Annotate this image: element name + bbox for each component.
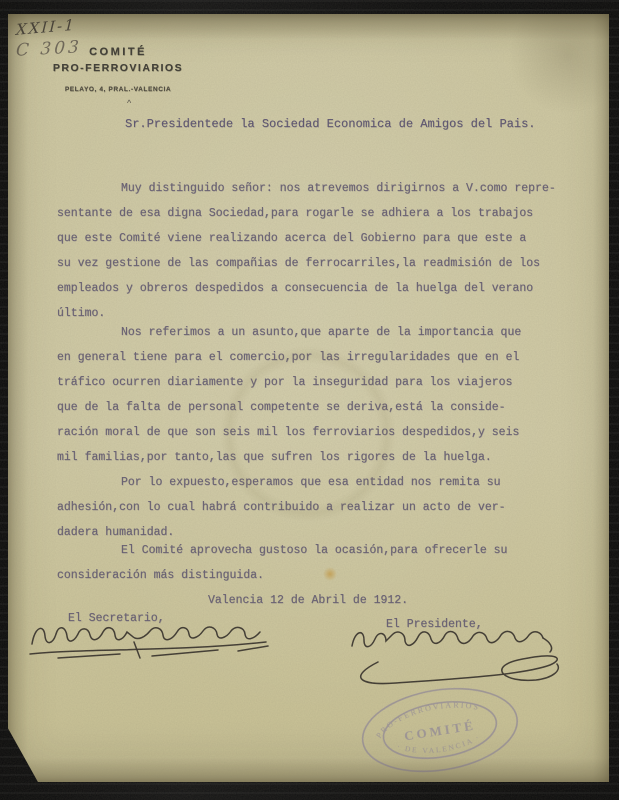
body-paragraph-3: Por lo expuesto,esperamos que esa entida… xyxy=(57,470,573,545)
archival-mark-folder: XXII-1 xyxy=(16,15,83,39)
recipient-line: Sr.Presidentede la Sociedad Economica de… xyxy=(125,112,535,137)
body-paragraph-1: Muy distinguido señor: nos atrevemos dir… xyxy=(57,176,573,326)
letterhead: COMITÉ PRO-FERROVIARIOS PELAYO, 4, PRAL.… xyxy=(38,46,198,93)
body-paragraph-4: El Comité aprovecha gustoso la ocasión,p… xyxy=(57,538,573,588)
secretary-signature xyxy=(22,614,282,669)
body-paragraph-2: Nos referimos a un asunto,que aparte de … xyxy=(57,320,573,470)
letterhead-org-name-line2: PRO-FERROVIARIOS xyxy=(38,62,198,74)
scan-background: XXII-1 C 303 COMITÉ PRO-FERROVIARIOS PEL… xyxy=(0,0,619,800)
letterhead-address: PELAYO, 4, PRAL.-VALENCIA xyxy=(38,86,198,93)
letterhead-org-name-line1: COMITÉ xyxy=(38,46,198,58)
letter-paper: XXII-1 C 303 COMITÉ PRO-FERROVIARIOS PEL… xyxy=(8,14,609,782)
letterhead-caret-mark: ^ xyxy=(127,98,131,108)
date-line: Valencia 12 de Abril de 1912. xyxy=(208,588,408,613)
